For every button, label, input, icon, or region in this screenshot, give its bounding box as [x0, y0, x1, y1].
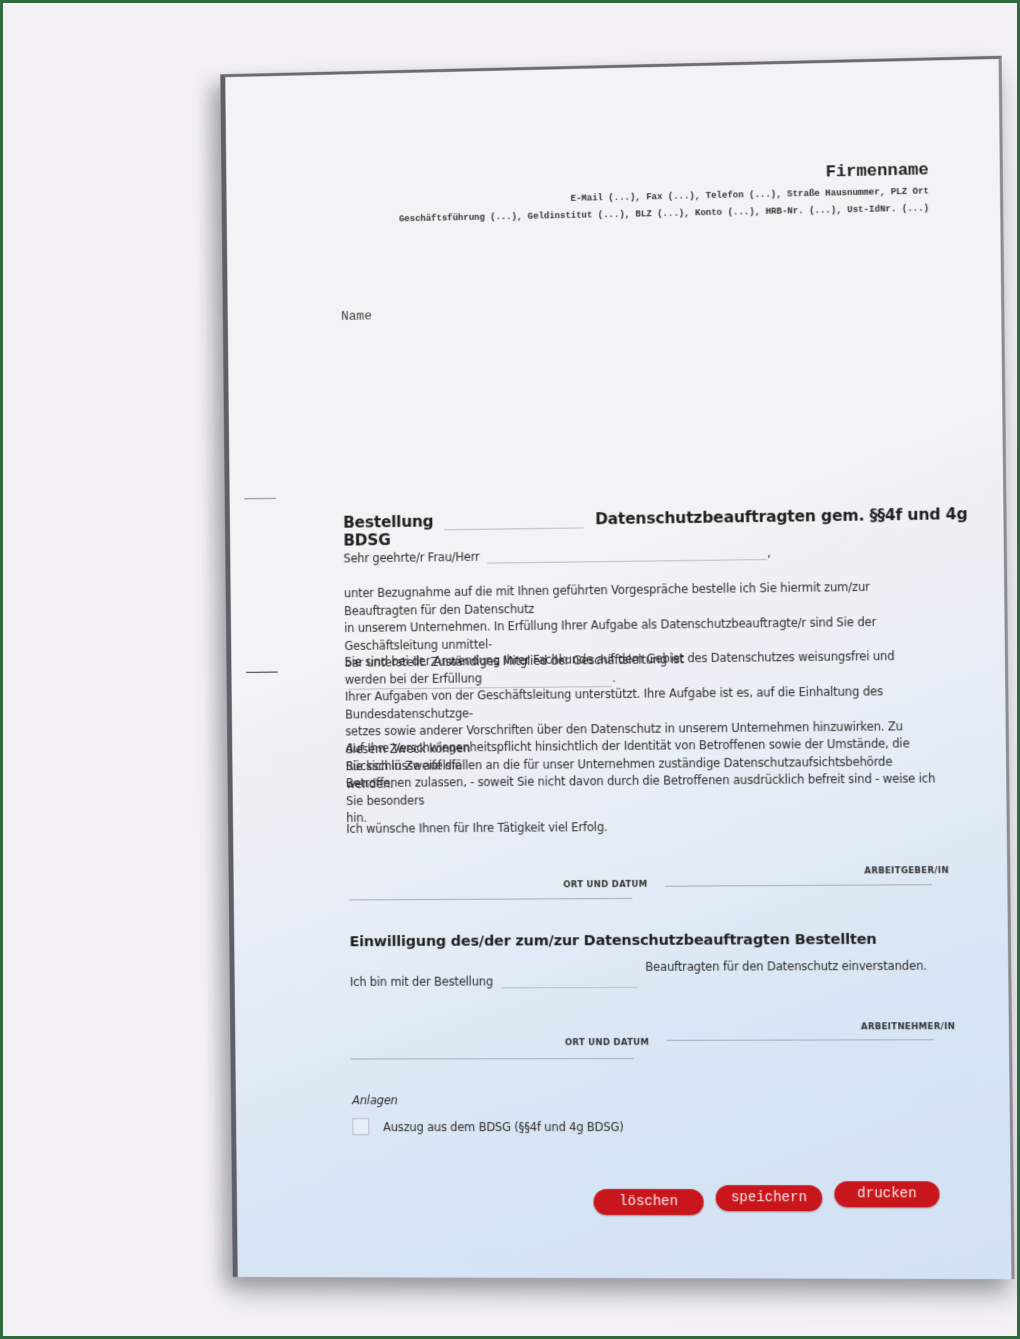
place-date-line[interactable] [349, 898, 632, 901]
title-prefix: Bestellung [343, 513, 433, 532]
attachment-checkbox[interactable] [352, 1118, 369, 1135]
fold-mark [244, 498, 275, 499]
salutation-name-field[interactable] [487, 547, 767, 564]
delete-button[interactable]: löschen [593, 1189, 703, 1215]
place-date-line-2[interactable] [351, 1058, 634, 1060]
consent-suffix: Beauftragten für den Datenschutz einvers… [645, 959, 927, 974]
consent-prefix: Ich bin mit der Bestellung [350, 974, 493, 988]
p3-line: Betroffenen zulassen, - soweit Sie nicht… [346, 770, 937, 810]
letterhead-details: E-Mail (...), Fax (...), Telefon (...), … [399, 183, 929, 228]
closing-line: Ich wünsche Ihnen für Ihre Tätigkeit vie… [346, 820, 607, 836]
consent-heading: Einwilligung des/der zum/zur Datenschutz… [349, 932, 876, 950]
consent-text: Ich bin mit der Bestellung Beauftragten … [350, 973, 927, 989]
p2-line: Sie sind bei der Anwendung Ihrer Fachkun… [345, 647, 936, 688]
paragraph-3: Auf Ihre Verschwiegenheitspflicht hinsic… [345, 735, 936, 827]
salutation-text: Sehr geehrte/r Frau/Herr [343, 550, 479, 566]
salutation: Sehr geehrte/r Frau/Herr , [343, 546, 770, 566]
employee-signature-line[interactable] [667, 1039, 934, 1041]
letter-title: Bestellung Datenschutzbeauftragten gem. … [343, 505, 1004, 550]
title-blank-field[interactable] [445, 515, 584, 530]
employer-label: ARBEITGEBER/IN [864, 866, 949, 877]
p3-line: Auf Ihre Verschwiegenheitspflicht hinsic… [345, 735, 936, 775]
salutation-comma: , [767, 546, 771, 560]
company-name: Firmenname [826, 161, 929, 182]
p2-line: Ihrer Aufgaben von der Geschäftsleitung … [345, 683, 936, 724]
place-date-label-2: ORT UND DATUM [565, 1038, 649, 1048]
employee-label: ARBEITNEHMER/IN [861, 1022, 955, 1032]
attachment-label: Auszug aus dem BDSG (§§4f und 4g BDSG) [383, 1120, 624, 1134]
letter-page: Firmenname E-Mail (...), Fax (...), Tele… [220, 56, 1014, 1279]
employer-signature-line[interactable] [665, 884, 932, 887]
save-button[interactable]: speichern [716, 1185, 823, 1211]
print-button[interactable]: drucken [834, 1181, 939, 1207]
attachment-item[interactable]: Auszug aus dem BDSG (§§4f und 4g BDSG) [352, 1118, 623, 1135]
title-suffix: Datenschutzbeauftragten gem. §§4f und 4g… [343, 505, 967, 550]
punch-mark [246, 672, 277, 673]
action-bar: löschen speichern drucken [593, 1183, 939, 1215]
recipient-name-field[interactable]: Name [341, 308, 372, 323]
document-preview: Firmenname E-Mail (...), Fax (...), Tele… [3, 3, 1017, 1336]
attachments-heading: Anlagen [352, 1093, 398, 1107]
place-date-label: ORT UND DATUM [563, 880, 647, 890]
consent-blank-field[interactable] [500, 975, 638, 988]
